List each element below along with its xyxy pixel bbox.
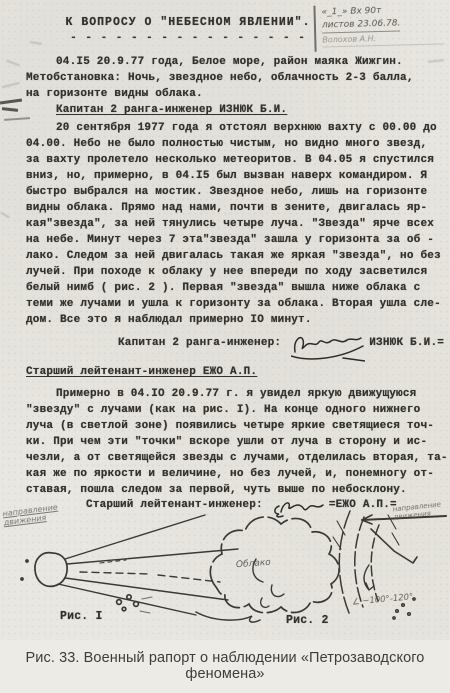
title-underline-dashes: - - - - - - - - - - - - - - - - <box>48 32 328 44</box>
report1-line: 20 сентября 1977 года я отстоял верхнюю … <box>26 120 441 136</box>
margin-smudge <box>0 98 22 104</box>
margin-mark <box>6 60 20 67</box>
report2-line: ки. При чем эти "точки" вскоре ушли от л… <box>26 434 448 450</box>
margin-mark <box>2 82 20 88</box>
signature-label: Капитан 2 ранга-инженер: <box>118 337 281 349</box>
report1-line: быстро выбрался на мостик. Звездное небо… <box>26 184 441 200</box>
report1-line: 04.00. Небо не было полностью чистым, но… <box>26 136 441 152</box>
report1-line: кая"звезда", за ней тянулись четыре луча… <box>26 216 441 232</box>
report1-line: лучей. При походе к облаку у нее впереди… <box>26 264 441 280</box>
report2-line: "звезду" с лучами (как на рис. I). На ко… <box>26 402 448 418</box>
fig2-cloud-outline <box>196 517 339 622</box>
report2-line: луча (в светлой зоне) появились четыре я… <box>26 418 448 434</box>
intro-line: Метобстановка: Ночь, звездное небо, обла… <box>26 70 414 86</box>
report1-paragraph: 20 сентября 1977 года я отстоял верхнюю … <box>26 120 441 328</box>
fig1-caption: Рис. I <box>60 610 103 623</box>
report2-heading: Старший лейтенант-инженер ЕЖО А.П. <box>26 366 257 378</box>
report1-line: видны облака. Прямо над нами, почти в зе… <box>26 200 441 216</box>
report1-line: на небе. Минут через 7 эта"звезда" зашла… <box>26 232 441 248</box>
report1-line: дом. Все это я наблюдал примерно IO мину… <box>26 312 441 328</box>
intro-line: на горизонте видны облака. <box>26 86 414 102</box>
margin-mark <box>0 212 10 219</box>
report2-line: чезли, а от светящейся звезды с лучами, … <box>26 450 448 466</box>
intro-officer-name: Капитан 2 ранга-инженер ИЗНЮК Б.И. <box>26 102 414 118</box>
margin-mark <box>428 59 444 63</box>
scanned-report-page: К ВОПРОСУ О "НЕБЕСНОМ ЯВЛЕНИИ". - - - - … <box>0 0 450 640</box>
report2-line: Примерно в 04.IO 20.9.77 г. я увидел ярк… <box>26 386 448 402</box>
report2-line: ставая, пошла следом за первой, чуть выш… <box>26 482 448 498</box>
report2-paragraph: Примерно в 04.IO 20.9.77 г. я увидел ярк… <box>26 386 448 498</box>
report2-line: кая же по яркости и величине, но без луч… <box>26 466 448 482</box>
margin-smudge <box>2 107 18 112</box>
stamp-line-signature: Волохов А.Н. <box>322 30 444 47</box>
signature-name: ИЗНЮК Б.И.= <box>369 337 444 349</box>
fig1-star-with-rays <box>21 515 238 615</box>
report2-officer-name: Старший лейтенант-инженер ЕЖО А.П. <box>26 366 257 378</box>
report1-line: белый нимб ( рис. 2 ). Первая "звезда" в… <box>26 280 441 296</box>
registration-stamp: «_1_» Вх 90т листов 23.06.78. Волохов А.… <box>313 2 446 51</box>
report1-line: лако. Следом за ней двигалась такая же я… <box>26 248 441 264</box>
report1-line: за вахту пролетело несколько метеоритов.… <box>26 152 441 168</box>
izniuk-signature-scribble <box>291 332 365 362</box>
report1-line: теми же лучами и ушла к горизонту за обл… <box>26 296 441 312</box>
signature-row-izniuk: Капитан 2 ранга-инженер: ИЗНЮК Б.И.= <box>118 332 450 354</box>
report-title-block: К ВОПРОСУ О "НЕБЕСНОМ ЯВЛЕНИИ". - - - - … <box>48 16 328 44</box>
intro-line: 04.I5 20.9.77 года, Белое море, район ма… <box>26 54 414 70</box>
intro-paragraph: 04.I5 20.9.77 года, Белое море, район ма… <box>26 54 414 118</box>
report-title: К ВОПРОСУ О "НЕБЕСНОМ ЯВЛЕНИИ". <box>48 16 328 29</box>
book-figure-caption: Рис. 33. Военный рапорт о наблюдении «Пе… <box>0 650 450 682</box>
margin-mark <box>30 41 42 45</box>
fig2-caption: Рис. 2 <box>286 614 329 627</box>
report1-line: вниз, но, примерно, в 04.I5 был вызван н… <box>26 168 441 184</box>
